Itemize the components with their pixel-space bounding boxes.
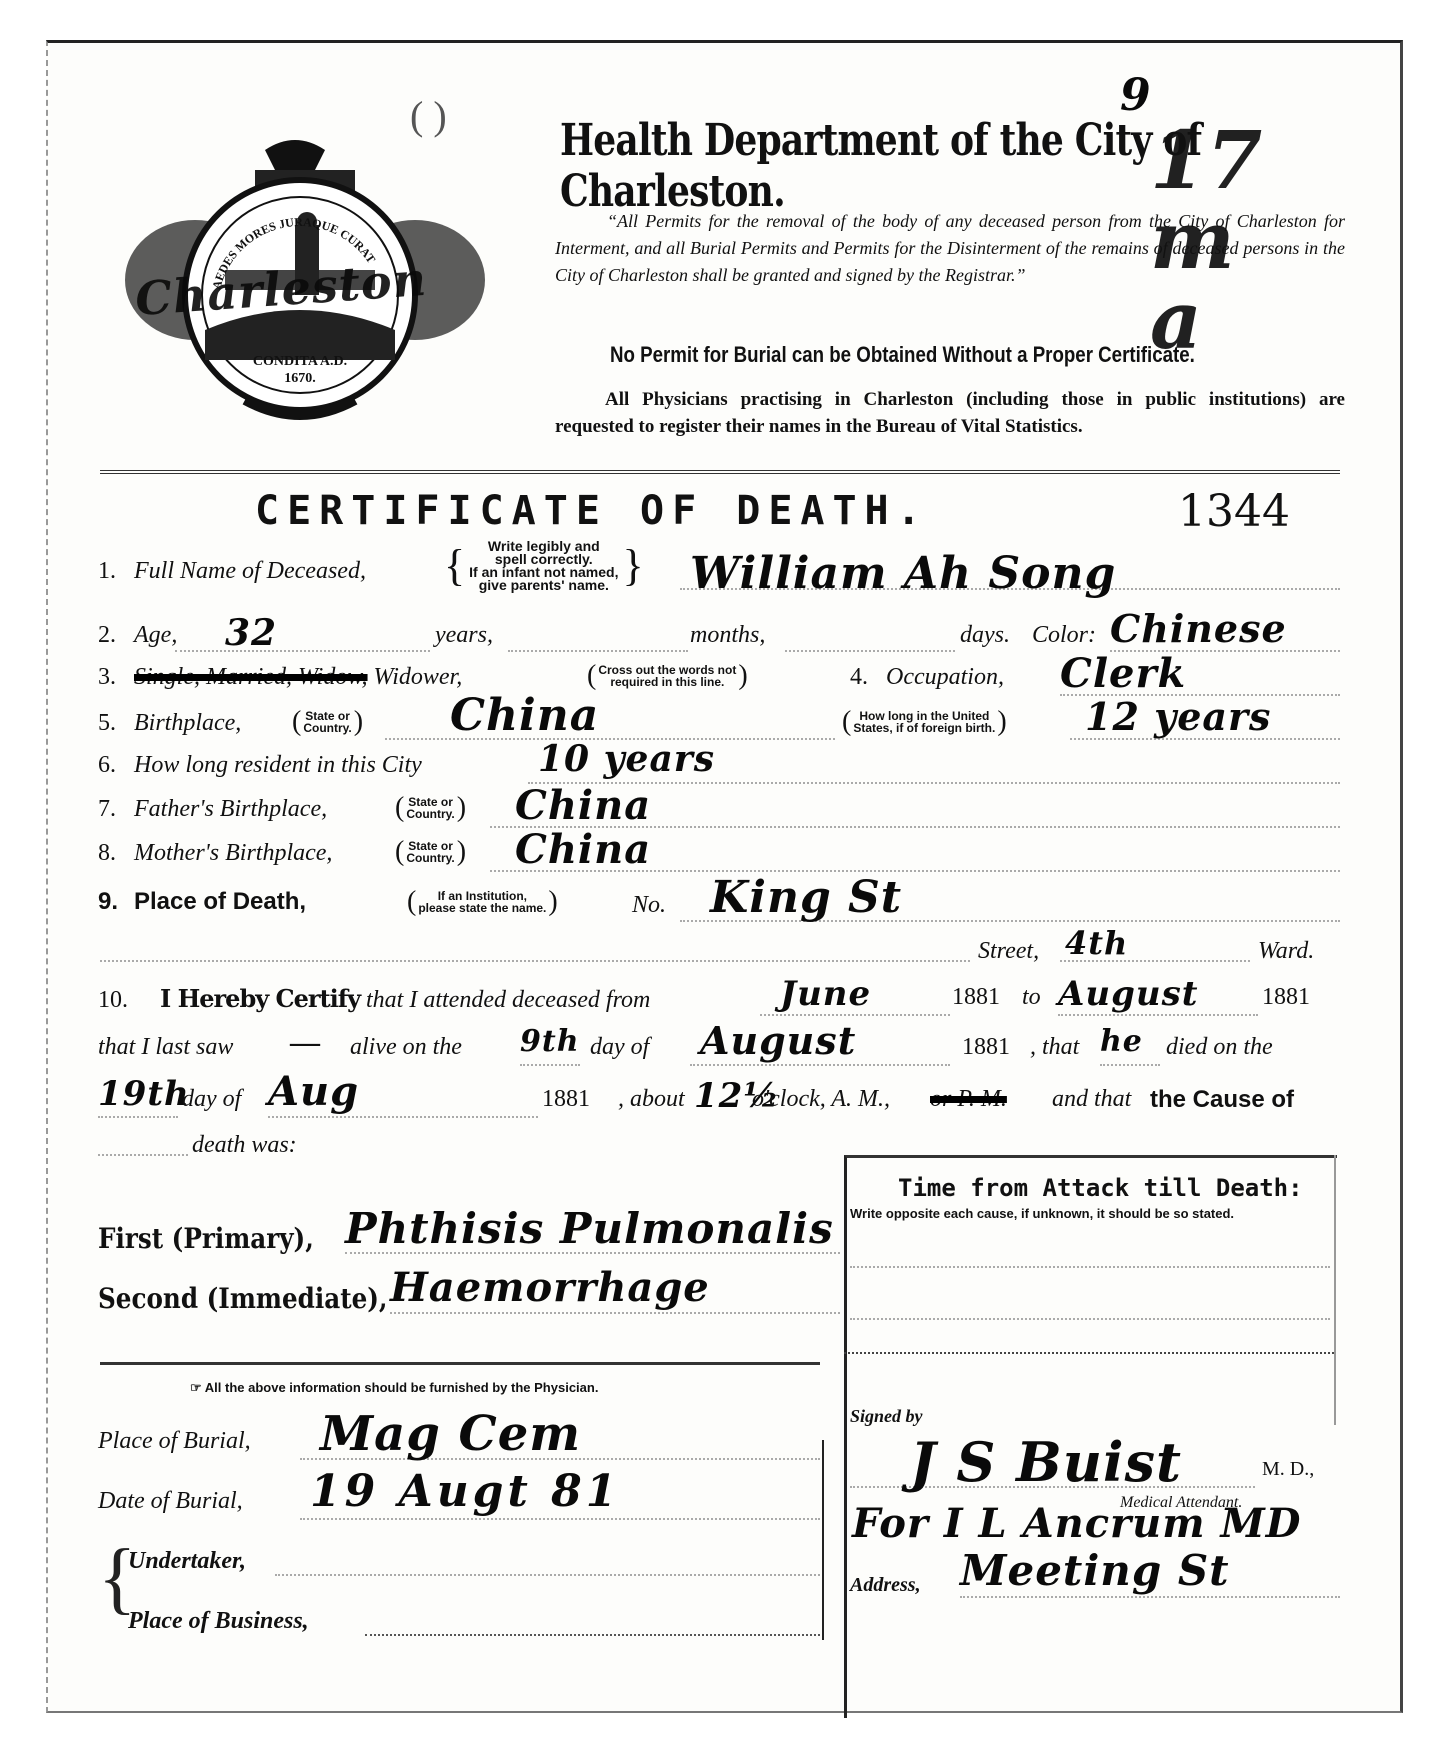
death-was-leader (98, 1134, 188, 1156)
attack-first-field[interactable] (850, 1248, 1330, 1268)
undertaker-label: Undertaker, (128, 1548, 246, 1575)
header-divider (100, 470, 1340, 474)
alive-on-label: alive on the (350, 1034, 462, 1061)
certificate-title: CERTIFICATE OF DEATH. (255, 488, 929, 534)
age-years-field[interactable]: 32 (175, 612, 430, 652)
page-title: Health Department of the City of Charles… (560, 115, 1282, 217)
about-label: , about (618, 1086, 685, 1113)
occupation-field[interactable]: Clerk (1060, 650, 1340, 696)
svg-text:CONDITA A.D.: CONDITA A.D. (253, 354, 347, 369)
field-7-note: (State orCountry.) (393, 794, 468, 822)
physicians-notice: All Physicians practising in Charleston … (555, 386, 1345, 440)
md-label: M. D., (1262, 1458, 1314, 1481)
field-10-line-1: 10. I Hereby Certify that I attended dec… (98, 984, 650, 1014)
alive-year: 1881 (962, 1034, 1010, 1061)
field-1-note: { Write legibly andspell correctly.If an… (440, 540, 648, 592)
on-behalf-signature: For I L Ancrum MD (852, 1500, 1301, 1547)
field-8-label: 8.Mother's Birthplace, (98, 840, 332, 867)
field-3-label: 3.Single, Married, Widow, Widower, (98, 664, 462, 691)
physician-note: ☞ All the above information should be fu… (190, 1380, 598, 1396)
death-day-field[interactable]: 19th (98, 1074, 178, 1118)
ward-field[interactable]: 4th (1060, 924, 1250, 962)
burial-column-rule (822, 1440, 824, 1640)
age-days-field[interactable] (785, 612, 955, 652)
certificate-number: 1344 (1178, 486, 1290, 537)
struck-marital-options: Single, Married, Widow, (134, 664, 368, 690)
address-label: Address, (850, 1574, 921, 1597)
place-of-business-field[interactable] (365, 1612, 820, 1636)
months-label: months, (690, 622, 765, 649)
field-3-note: (Cross out the words notrequired in this… (585, 662, 750, 690)
attack-box-bottom (844, 1352, 1334, 1354)
last-saw-label: that I last saw (98, 1034, 233, 1061)
field-2-label: 2.Age, (98, 622, 177, 649)
attack-second-field[interactable] (850, 1300, 1330, 1320)
permit-notice: “All Permits for the removal of the body… (555, 208, 1345, 289)
second-cause-field[interactable]: Haemorrhage (390, 1264, 840, 1314)
alive-day-field[interactable]: 9th (520, 1024, 580, 1066)
city-residence-field[interactable]: 10 years (528, 738, 1340, 784)
second-cause-label: Second (Immediate), (98, 1282, 387, 1315)
field-5-note: (State orCountry.) (290, 708, 365, 736)
mother-birthplace-field[interactable]: China (490, 826, 1340, 872)
place-of-burial-label: Place of Burial, (98, 1428, 251, 1455)
attack-box-title: Time from Attack till Death: (898, 1174, 1303, 1202)
ward-label: Ward. (1258, 938, 1314, 965)
field-1-label: 1.Full Name of Deceased, (98, 558, 366, 585)
field-7-label: 7.Father's Birthplace, (98, 796, 327, 823)
address-field[interactable]: Meeting St (960, 1546, 1340, 1598)
attended-from-year: 1881 (952, 984, 1000, 1011)
field-5-label: 5.Birthplace, (98, 710, 241, 737)
that-label: , that (1030, 1034, 1079, 1061)
date-of-burial-label: Date of Burial, (98, 1488, 243, 1515)
death-year: 1881 (542, 1086, 590, 1113)
first-cause-field[interactable]: Phthisis Pulmonalis (345, 1204, 840, 1254)
pronoun-field[interactable]: he (1100, 1024, 1160, 1066)
undertaker-field[interactable] (275, 1552, 820, 1576)
pm-struck-label: or P. M. (930, 1086, 1007, 1113)
signature-field[interactable]: J S Buist (850, 1430, 1255, 1488)
field-9-note: (If an Institution,please state the name… (405, 888, 560, 916)
date-of-burial-field[interactable]: 19 Augt 81 (300, 1466, 820, 1520)
color-field[interactable]: Chinese (1110, 606, 1340, 652)
years-label: years, (435, 622, 493, 649)
corner-annotation-number: 9 (1120, 70, 1152, 121)
place-of-death-field[interactable]: King St (680, 872, 1340, 922)
field-5-us-note: (How long in the UnitedStates, if of for… (840, 708, 1009, 736)
punch-hole-mark: ( ) (410, 92, 447, 139)
cause-of-label: the Cause of (1150, 1086, 1294, 1114)
attack-box-right-edge (1334, 1155, 1336, 1425)
field-9-label: 9.Place of Death, (98, 888, 306, 916)
color-label: Color: (1032, 622, 1096, 649)
death-day-of-label: day of (182, 1086, 241, 1113)
burial-divider (100, 1362, 820, 1365)
attended-from-month-field[interactable]: June (760, 974, 950, 1016)
full-name-field[interactable]: William Ah Song (680, 548, 1340, 590)
no-permit-notice: No Permit for Burial can be Obtained Wit… (610, 342, 1195, 368)
alive-month-field[interactable]: August (690, 1018, 950, 1066)
alive-day-of-label: day of (590, 1034, 649, 1061)
father-birthplace-field[interactable]: China (490, 782, 1340, 828)
and-that-label: and that (1052, 1086, 1131, 1113)
street-label: Street, (978, 938, 1039, 965)
to-label: to (1022, 984, 1041, 1011)
last-saw-value: — (290, 1026, 320, 1060)
attack-box-subtitle: Write opposite each cause, if unknown, i… (850, 1206, 1234, 1221)
died-on-label: died on the (1166, 1034, 1273, 1061)
place-of-burial-field[interactable]: Mag Cem (300, 1406, 820, 1460)
signed-by-label: Signed by (850, 1406, 923, 1427)
place-of-business-label: Place of Business, (128, 1608, 309, 1635)
death-was-label: death was: (192, 1132, 297, 1159)
attended-to-month-field[interactable]: August (1058, 974, 1258, 1016)
death-month-field[interactable]: Aug (268, 1068, 538, 1118)
us-residence-field[interactable]: 12 years (1070, 694, 1340, 740)
days-label: days. (960, 622, 1010, 649)
attended-to-year: 1881 (1262, 984, 1310, 1011)
field-8-note: (State orCountry.) (393, 838, 468, 866)
oclock-label: o'clock, A. M., (752, 1086, 890, 1113)
field-6-label: 6.How long resident in this City (98, 752, 422, 779)
birthplace-field[interactable]: China (385, 690, 835, 740)
age-months-field[interactable] (508, 612, 688, 652)
no-label: No. (632, 892, 666, 919)
field-4-label: 4.Occupation, (850, 664, 1004, 691)
svg-text:1670.: 1670. (284, 371, 316, 386)
place-of-death-line-2[interactable] (100, 940, 970, 962)
first-cause-label: First (Primary), (98, 1222, 314, 1255)
